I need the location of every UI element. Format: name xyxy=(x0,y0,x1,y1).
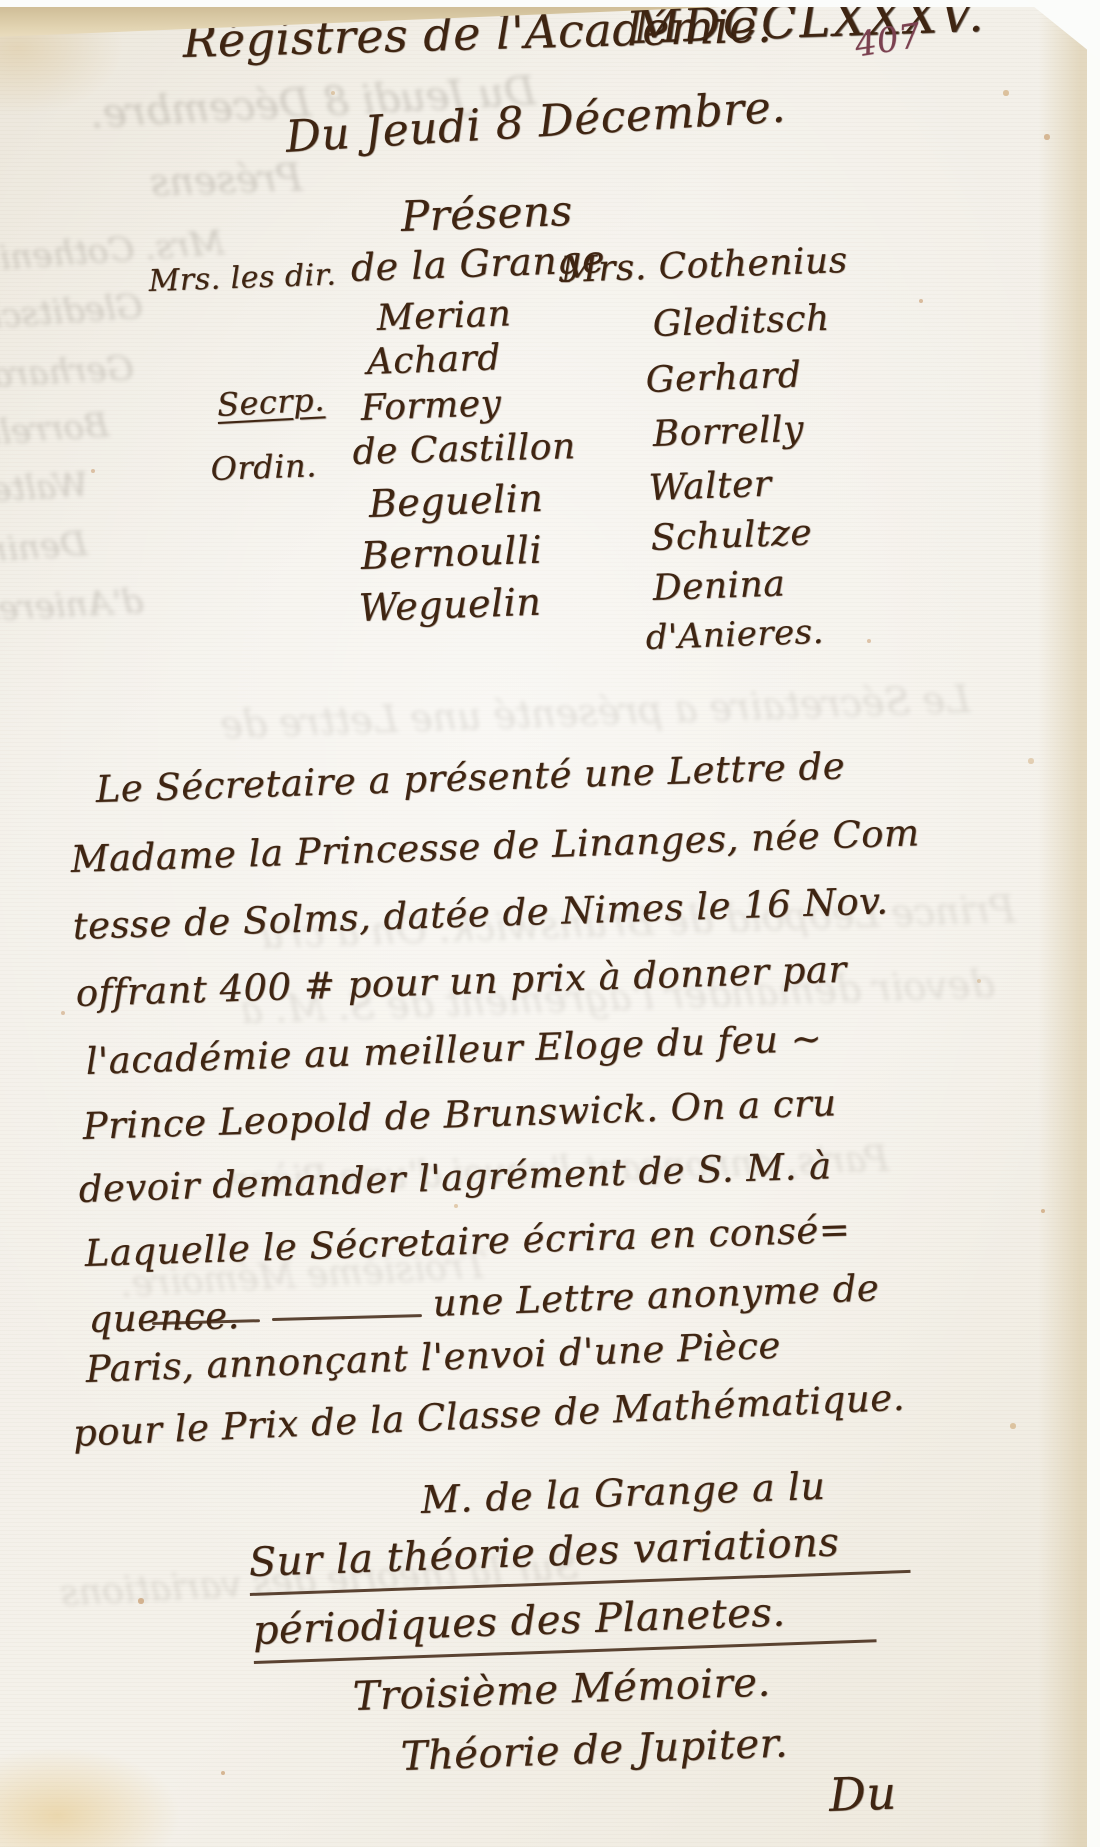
attendee-name: Mrs. Cothenius xyxy=(560,240,848,291)
scan-edge-right xyxy=(1087,0,1100,1847)
manuscript-page-scan: Du Jeudi 8 Décembre. Présens Mrs. Cothen… xyxy=(0,0,1100,1847)
attendee-name: Borrelly xyxy=(652,409,805,455)
attendee-name: Schultze xyxy=(650,512,813,559)
attendee-name: Beguelin xyxy=(368,476,544,526)
attendee-name: de Castillon xyxy=(352,426,576,473)
body-line: Madame la Princesse de Linanges, née Com xyxy=(70,811,920,881)
attendee-name: Bernoulli xyxy=(360,528,543,578)
attendee-name: Walter xyxy=(648,464,772,509)
page-curve-shadow xyxy=(1038,0,1088,1847)
bleedthrough-text: d'Anieres. xyxy=(0,581,144,630)
body-line: Prince Leopold de Brunswick. On a cru xyxy=(82,1081,837,1148)
attendee-role-label: Secrp. xyxy=(216,380,326,424)
memoir-subtitle: Troisième Mémoire. xyxy=(352,1659,771,1720)
bleedthrough-text: Gerhard xyxy=(0,348,135,395)
reading-intro: M. de la Grange a lu xyxy=(420,1464,826,1522)
attendee-name: Achard xyxy=(366,337,501,383)
bleedthrough-text: Gleditsch xyxy=(0,286,144,337)
attendee-name: Weguelin xyxy=(358,580,542,630)
presens-heading: Présens xyxy=(400,186,573,241)
body-line: pour le Prix de la Classe de Mathématiqu… xyxy=(72,1376,906,1455)
attendee-name: Gerhard xyxy=(645,355,802,401)
attendee-name: d'Anieres. xyxy=(645,612,824,658)
bleedthrough-text: Borrelly xyxy=(0,405,110,455)
bleedthrough-text: Walter xyxy=(0,465,89,511)
memoir-title-line: Sur la théorie des variations xyxy=(248,1517,910,1596)
catchword: Du xyxy=(828,1766,897,1822)
attendee-name: Merian xyxy=(376,293,512,339)
body-line: quence. xyxy=(88,1294,240,1341)
stain xyxy=(0,1690,320,1847)
body-line: l'académie au meilleur Eloge du feu ~ xyxy=(85,1017,823,1083)
attendee-role-label: Ordin. xyxy=(210,446,317,488)
attendee-name: Gleditsch xyxy=(652,298,830,345)
attendee-role-label: Mrs. les dir. xyxy=(148,257,337,299)
bleedthrough-text: Le Sécretaire a présenté une Lettre de xyxy=(219,677,971,747)
bleedthrough-text: Présens xyxy=(149,155,303,204)
attendee-name: Formey xyxy=(360,383,502,429)
separator-stroke xyxy=(272,1314,422,1321)
bleedthrough-text: Denina xyxy=(0,524,89,572)
memoir-subtitle: Théorie de Jupiter. xyxy=(400,1720,789,1779)
scan-edge-top xyxy=(0,0,1100,7)
attendee-name: Denina xyxy=(652,563,786,609)
body-line: Le Sécretaire a présenté une Lettre de xyxy=(95,744,846,811)
body-line: une Lettre anonyme de xyxy=(432,1266,880,1325)
